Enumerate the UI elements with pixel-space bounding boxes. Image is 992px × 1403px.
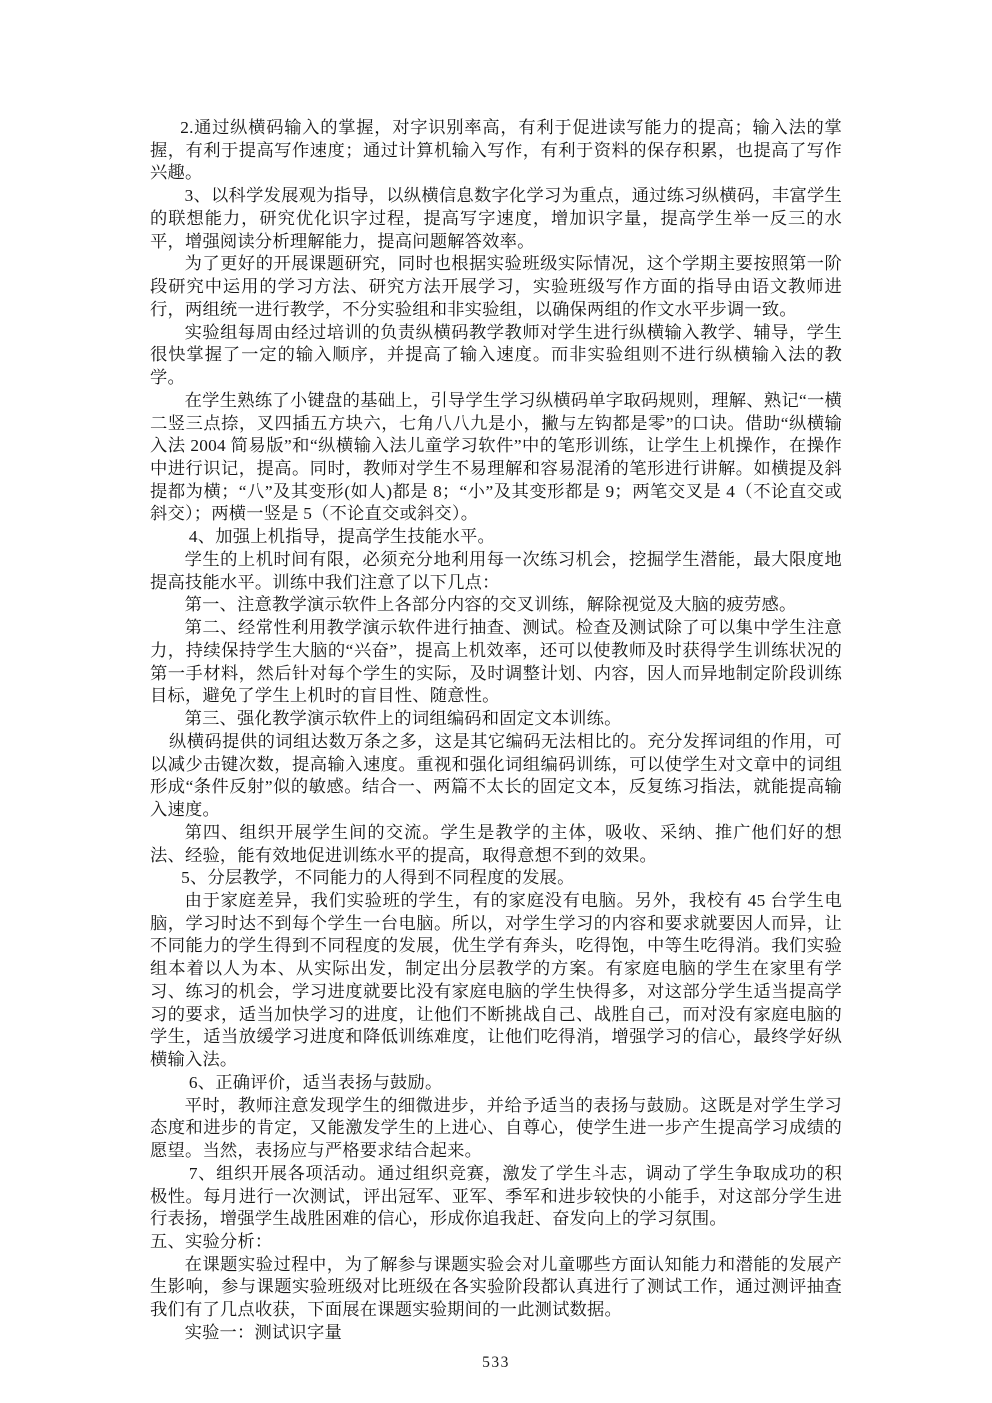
paragraph: 2.通过纵横码输入的掌握，对字识别率高，有利于促进读写能力的提高；输入法的掌握，… (150, 117, 842, 185)
page-number: 533 (150, 1352, 842, 1375)
section-heading: 4、加强上机指导，提高学生技能水平。 (150, 526, 842, 549)
section-heading: 6、正确评价，适当表扬与鼓励。 (150, 1072, 842, 1095)
paragraph: 在课题实验过程中，为了解参与课题实验会对儿童哪些方面认知能力和潜能的发展产生影响… (150, 1254, 842, 1322)
section-heading: 5、分层教学，不同能力的人得到不同程度的发展。 (150, 867, 842, 890)
paragraph: 纵横码提供的词组达数万条之多，这是其它编码无法相比的。充分发挥词组的作用，可以减… (150, 731, 842, 822)
paragraph: 7、组织开展各项活动。通过组织竞赛，激发了学生斗志，调动了学生争取成功的积极性。… (150, 1163, 842, 1231)
paragraph: 第三、强化教学演示软件上的词组编码和固定文本训练。 (150, 708, 842, 731)
paragraph: 实验组每周由经过培训的负责纵横码教学教师对学生进行纵横输入教学、辅导，学生很快掌… (150, 322, 842, 390)
paragraph: 第二、经常性利用教学演示软件进行抽查、测试。检查及测试除了可以集中学生注意力，持… (150, 617, 842, 708)
paragraph: 第四、组织开展学生间的交流。学生是教学的主体，吸收、采纳、推广他们好的想法、经验… (150, 822, 842, 867)
paragraph: 由于家庭差异，我们实验班的学生，有的家庭没有电脑。另外，我校有 45 台学生电脑… (150, 890, 842, 1072)
paragraph: 实验一：测试识字量 (150, 1322, 842, 1345)
paragraph: 平时，教师注意发现学生的细微进步，并给予适当的表扬与鼓励。这既是对学生学习态度和… (150, 1095, 842, 1163)
paragraph: 在学生熟练了小键盘的基础上，引导学生学习纵横码单字取码规则，理解、熟记“一横二竖… (150, 390, 842, 526)
section-heading: 五、实验分析： (150, 1231, 842, 1254)
paragraph: 学生的上机时间有限，必须充分地利用每一次练习机会，挖掘学生潜能，最大限度地提高技… (150, 549, 842, 594)
paragraph: 3、以科学发展观为指导，以纵横信息数字化学习为重点，通过练习纵横码，丰富学生的联… (150, 185, 842, 253)
paragraph: 第一、注意教学演示软件上各部分内容的交叉训练，解除视觉及大脑的疲劳感。 (150, 594, 842, 617)
paragraph: 为了更好的开展课题研究，同时也根据实验班级实际情况，这个学期主要按照第一阶段研究… (150, 253, 842, 321)
document-page: 2.通过纵横码输入的掌握，对字识别率高，有利于促进读写能力的提高；输入法的掌握，… (0, 0, 992, 1403)
